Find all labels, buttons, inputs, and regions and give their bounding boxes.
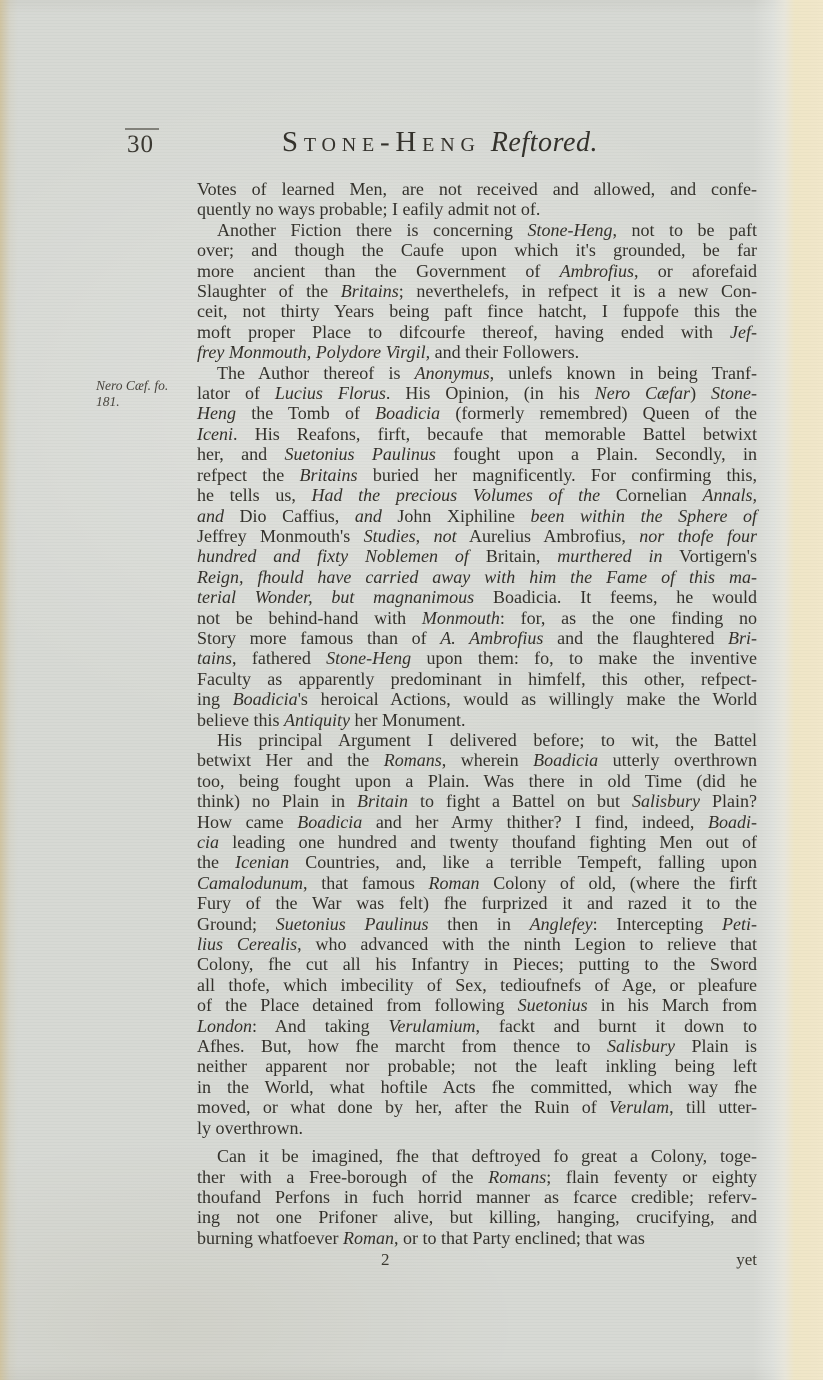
text-segment: ; flain feventy or eighty — [546, 1167, 757, 1187]
italic-text-segment: murthered in — [557, 546, 662, 566]
running-head-title: Stone-Heng — [282, 126, 481, 158]
text-segment: How came — [197, 812, 297, 832]
text-segment: Countries, and, like a terrible Tempeft,… — [289, 852, 757, 872]
catchword: yet — [736, 1250, 757, 1270]
text-segment: leading one hundred and twenty thoufand … — [219, 832, 757, 852]
italic-text-segment: Heng — [197, 403, 236, 423]
text-line: moft proper Place to difcourfe thereof, … — [197, 322, 757, 342]
text-segment: and her Army thither? I find, indeed, — [362, 812, 708, 832]
text-segment: lator of — [197, 383, 275, 403]
text-segment: Can it be imagined, fhe that deftroyed f… — [217, 1146, 757, 1166]
text-segment: Another Fiction there is concerning — [217, 220, 527, 240]
text-segment: over; and though the Caufe upon which it… — [197, 240, 757, 260]
text-segment: her, and — [197, 444, 285, 464]
text-line: her, and Suetonius Paulinus fought upon … — [197, 444, 757, 464]
text-segment: John Xiphiline — [382, 506, 531, 526]
book-page-scan: 30 Stone-HengReftored. Nero Cæf. fo. 181… — [0, 0, 823, 1380]
text-segment: moft proper Place to difcourfe thereof, … — [197, 322, 730, 342]
italic-text-segment: Stone-Heng — [527, 220, 612, 240]
text-segment: to fight a Battel on but — [408, 791, 632, 811]
signature-mark: 2 — [381, 1250, 390, 1270]
text-line: moved, or what done by her, after the Ru… — [197, 1097, 757, 1117]
text-segment: too, being fought upon a Plain. Was ther… — [197, 771, 757, 791]
footer-line: 2 yet — [197, 1250, 757, 1271]
italic-text-segment: A. Ambrofius — [440, 628, 543, 648]
text-line: The Author thereof is Anonymus, unlefs k… — [197, 363, 757, 383]
italic-text-segment: Boadi- — [708, 812, 757, 832]
italic-text-segment: Salisbury — [632, 791, 700, 811]
text-segment: fought upon a Plain. Secondly, in — [436, 444, 757, 464]
text-line: all thofe, which imbecility of Sex, tedi… — [197, 975, 757, 995]
italic-text-segment: frey Monmouth, Polydore Virgil, — [197, 342, 430, 362]
paragraph: The Author thereof is Anonymus, unlefs k… — [197, 363, 757, 730]
italic-text-segment: Iceni — [197, 424, 233, 444]
italic-text-segment: Ambrofius — [560, 261, 634, 281]
text-segment: her Monument. — [350, 710, 465, 730]
text-segment: Ground; — [197, 914, 276, 934]
text-line: over; and though the Caufe upon which it… — [197, 240, 757, 260]
italic-text-segment: Peti- — [722, 914, 757, 934]
italic-text-segment: Suetonius Paulinus — [285, 444, 436, 464]
italic-text-segment: terial Wonder, but magnanimous — [197, 587, 474, 607]
text-line: in the World, what hoftile Acts fhe comm… — [197, 1077, 757, 1097]
page-number: 30 — [127, 131, 154, 159]
italic-text-segment: Boadicia — [233, 689, 298, 709]
text-line: Votes of learned Men, are not received a… — [197, 179, 757, 199]
italic-text-segment: Romans — [488, 1167, 546, 1187]
text-segment: . His Reafons, firft, becaufe that memor… — [233, 424, 757, 444]
text-segment: Plain? — [700, 791, 757, 811]
italic-text-segment: Annals, — [703, 485, 758, 505]
italic-text-segment: Icenian — [235, 852, 289, 872]
italic-text-segment: tains — [197, 648, 232, 668]
italic-text-segment: Boadicia — [297, 812, 362, 832]
text-line: Heng the Tomb of Boadicia (formerly reme… — [197, 403, 757, 423]
text-line: hundred and fixty Noblemen of Britain, m… — [197, 546, 757, 566]
text-segment: , or to that Party enclined; that was — [394, 1228, 645, 1248]
italic-text-segment: Monmouth — [422, 608, 500, 628]
text-line: refpect the Britains buried her magnific… — [197, 465, 757, 485]
text-segment: ther with a Free-borough of the — [197, 1167, 488, 1187]
text-segment: the — [197, 852, 235, 872]
text-line: How came Boadicia and her Army thither? … — [197, 812, 757, 832]
text-segment: ; neverthelefs, in refpect it is a new C… — [399, 281, 757, 301]
text-segment: Aurelius Ambrofius, — [457, 526, 640, 546]
italic-text-segment: London — [197, 1016, 252, 1036]
text-segment: , unlefs known in being Tranf- — [490, 363, 757, 383]
text-line: cia leading one hundred and twenty thouf… — [197, 832, 757, 852]
margin-note: Nero Cæf. fo. 181. — [96, 378, 192, 410]
text-segment: 's heroical Actions, would as willingly … — [298, 689, 757, 709]
text-line: Slaughter of the Britains; neverthelefs,… — [197, 281, 757, 301]
text-line: ther with a Free-borough of the Romans; … — [197, 1167, 757, 1187]
text-segment: , — [416, 526, 434, 546]
paragraph: Another Fiction there is concerning Ston… — [197, 220, 757, 363]
italic-text-segment: Stone-Heng — [326, 648, 411, 668]
italic-text-segment: Boadicia — [533, 750, 598, 770]
text-line: London: And taking Verulamium, fackt and… — [197, 1016, 757, 1036]
italic-text-segment: Roman — [429, 873, 480, 893]
text-segment: Afhes. But, how fhe marcht from thence t… — [197, 1036, 607, 1056]
text-line: Colony, fhe cut all his Infantry in Piec… — [197, 954, 757, 974]
text-segment: Cornelian — [600, 485, 702, 505]
text-segment: : Intercepting — [593, 914, 722, 934]
text-line: thoufand Perfons in fuch horrid manner a… — [197, 1187, 757, 1207]
italic-text-segment: Suetonius — [518, 995, 588, 1015]
text-segment: more ancient than the Government of — [197, 261, 560, 281]
text-segment: : for, as the one finding no — [500, 608, 757, 628]
text-segment: in his March from — [588, 995, 757, 1015]
text-segment: , till utter- — [669, 1097, 757, 1117]
text-segment: the Tomb of — [236, 403, 375, 423]
text-segment: he tells us, — [197, 485, 312, 505]
text-line: the Icenian Countries, and, like a terri… — [197, 852, 757, 872]
text-line: Afhes. But, how fhe marcht from thence t… — [197, 1036, 757, 1056]
italic-text-segment: not — [434, 526, 457, 546]
text-line: Jeffrey Monmouth's Studies, not Aurelius… — [197, 526, 757, 546]
italic-text-segment: Anonymus — [415, 363, 490, 383]
text-segment: ing not one Prifoner alive, but killing,… — [197, 1207, 757, 1227]
text-segment: Boadicia. It feems, he would — [474, 587, 757, 607]
italic-text-segment: lius Cerealis — [197, 934, 297, 954]
text-segment: upon them: fo, to make the inventive — [411, 648, 757, 668]
italic-text-segment: hundred and fixty Noblemen of — [197, 546, 469, 566]
text-line: frey Monmouth, Polydore Virgil, and thei… — [197, 342, 757, 362]
text-segment: believe this — [197, 710, 284, 730]
text-segment: and their Followers. — [430, 342, 579, 362]
text-line: betwixt Her and the Romans, wherein Boad… — [197, 750, 757, 770]
text-segment: think) no Plain in — [197, 791, 357, 811]
italic-text-segment: Anglefey — [530, 914, 593, 934]
text-line: ing not one Prifoner alive, but killing,… — [197, 1207, 757, 1227]
italic-text-segment: Nero Cæfar — [595, 383, 690, 403]
text-segment: refpect the — [197, 465, 300, 485]
paragraph: Can it be imagined, fhe that deftroyed f… — [197, 1146, 757, 1248]
running-head: Stone-HengReftored. — [160, 126, 720, 159]
text-line: not be behind-hand with Monmouth: for, a… — [197, 608, 757, 628]
text-line: neither apparent nor probable; not the l… — [197, 1056, 757, 1076]
text-line: and Dio Caffius, and John Xiphiline been… — [197, 506, 757, 526]
text-line: Iceni. His Reafons, firft, becaufe that … — [197, 424, 757, 444]
margin-note-line1: Nero Cæf. fo. — [96, 378, 192, 394]
text-line: quently no ways probable; I eafily admit… — [197, 199, 757, 219]
text-segment: ) — [690, 383, 711, 403]
italic-text-segment: Verulamium — [389, 1016, 476, 1036]
text-segment: ing — [197, 689, 233, 709]
text-segment: Plain is — [675, 1036, 757, 1056]
italic-text-segment: cia — [197, 832, 219, 852]
italic-text-segment: Britains — [300, 465, 358, 485]
italic-text-segment: and — [197, 506, 224, 526]
text-line: too, being fought upon a Plain. Was ther… — [197, 771, 757, 791]
text-line: Reign, fhould have carried away with him… — [197, 567, 757, 587]
text-line: Camalodunum, that famous Roman Colony of… — [197, 873, 757, 893]
text-segment: Colony, fhe cut all his Infantry in Piec… — [197, 954, 757, 974]
italic-text-segment: Salisbury — [607, 1036, 675, 1056]
text-line: Faculty as apparently predominant in him… — [197, 669, 757, 689]
text-segment: Story more famous than of — [197, 628, 440, 648]
text-line: believe this Antiquity her Monument. — [197, 710, 757, 730]
text-segment: Dio Caffius, — [224, 506, 355, 526]
text-segment: of the Place detained from following — [197, 995, 518, 1015]
text-line: of the Place detained from following Sue… — [197, 995, 757, 1015]
text-segment: utterly overthrown — [598, 750, 757, 770]
text-segment: not be behind-hand with — [197, 608, 422, 628]
text-segment: ly overthrown. — [197, 1118, 303, 1138]
italic-text-segment: nor thofe four — [639, 526, 757, 546]
italic-text-segment: Reign, fhould have carried away with him… — [197, 567, 757, 587]
italic-text-segment: Britains — [341, 281, 399, 301]
text-segment: , not to be paft — [612, 220, 757, 240]
italic-text-segment: Romans — [384, 750, 442, 770]
text-line: ing Boadicia's heroical Actions, would a… — [197, 689, 757, 709]
text-line: Can it be imagined, fhe that deftroyed f… — [197, 1146, 757, 1166]
text-segment: : And taking — [252, 1016, 389, 1036]
text-segment: His principal Argument I delivered befor… — [217, 730, 757, 750]
italic-text-segment: been within the Sphere of — [531, 506, 758, 526]
text-line: Another Fiction there is concerning Ston… — [197, 220, 757, 240]
text-segment: Jeffrey Monmouth's — [197, 526, 364, 546]
italic-text-segment: Jef- — [730, 322, 757, 342]
text-segment: burning whatfoever — [197, 1228, 343, 1248]
text-segment: neither apparent nor probable; not the l… — [197, 1056, 757, 1076]
text-segment: quently no ways probable; I eafily admit… — [197, 199, 540, 219]
text-segment: Colony of old, (where the firft — [480, 873, 757, 893]
text-line: ceit, not thirty Years being paft fince … — [197, 301, 757, 321]
paragraph: His principal Argument I delivered befor… — [197, 730, 757, 1138]
text-line: he tells us, Had the precious Volumes of… — [197, 485, 757, 505]
text-line: tains, fathered Stone-Heng upon them: fo… — [197, 648, 757, 668]
text-segment: , wherein — [442, 750, 533, 770]
text-segment: Slaughter of the — [197, 281, 341, 301]
text-segment: The Author thereof is — [217, 363, 415, 383]
italic-text-segment: Suetonius Paulinus — [276, 914, 429, 934]
text-line: lator of Lucius Florus. His Opinion, (in… — [197, 383, 757, 403]
text-segment: Fury of the War was felt) fhe furprized … — [197, 893, 757, 913]
text-segment: . His Opinion, (in his — [386, 383, 595, 403]
italic-text-segment: Had the precious Volumes of the — [312, 485, 601, 505]
italic-text-segment: Camalodunum — [197, 873, 303, 893]
text-segment: Votes of learned Men, are not received a… — [197, 179, 757, 199]
italic-text-segment: and — [355, 506, 382, 526]
text-segment: and the flaughtered — [543, 628, 728, 648]
running-head-subtitle: Reftored. — [491, 127, 598, 158]
italic-text-segment: Verulam — [609, 1097, 669, 1117]
text-segment: , fackt and burnt it down to — [476, 1016, 757, 1036]
italic-text-segment: Stone- — [711, 383, 757, 403]
text-segment: in the World, what hoftile Acts fhe comm… — [197, 1077, 757, 1097]
paragraph: Votes of learned Men, are not received a… — [197, 179, 757, 220]
italic-text-segment: Britain — [357, 791, 408, 811]
text-segment: ceit, not thirty Years being paft fince … — [197, 301, 757, 321]
italic-text-segment: Boadicia — [375, 403, 440, 423]
text-line: Ground; Suetonius Paulinus then in Angle… — [197, 914, 757, 934]
text-segment: , or aforefaid — [634, 261, 757, 281]
text-segment: (formerly remembred) Queen of the — [440, 403, 757, 423]
text-segment: betwixt Her and the — [197, 750, 384, 770]
text-line: ly overthrown. — [197, 1118, 757, 1138]
text-segment: buried her magnificently. For confirming… — [358, 465, 757, 485]
text-segment: , fathered — [232, 648, 326, 668]
italic-text-segment: Antiquity — [284, 710, 350, 730]
text-segment: all thofe, which imbecility of Sex, tedi… — [197, 975, 757, 995]
text-segment: then in — [428, 914, 529, 934]
text-line: lius Cerealis, who advanced with the nin… — [197, 934, 757, 954]
text-segment: Vortigern's — [662, 546, 757, 566]
text-segment: moved, or what done by her, after the Ru… — [197, 1097, 609, 1117]
text-line: think) no Plain in Britain to fight a Ba… — [197, 791, 757, 811]
text-line: Fury of the War was felt) fhe furprized … — [197, 893, 757, 913]
text-line: burning whatfoever Roman, or to that Par… — [197, 1228, 757, 1248]
italic-text-segment: Studies — [364, 526, 416, 546]
text-line: terial Wonder, but magnanimous Boadicia.… — [197, 587, 757, 607]
text-segment: Britain, — [469, 546, 557, 566]
text-line: more ancient than the Government of Ambr… — [197, 261, 757, 281]
italic-text-segment: Lucius Florus — [275, 383, 386, 403]
text-segment: thoufand Perfons in fuch horrid manner a… — [197, 1187, 757, 1207]
text-segment: , who advanced with the ninth Legion to … — [297, 934, 757, 954]
margin-note-line2: 181. — [96, 394, 192, 410]
italic-text-segment: Roman — [343, 1228, 394, 1248]
text-column: Votes of learned Men, are not received a… — [197, 179, 757, 1271]
text-segment: Faculty as apparently predominant in him… — [197, 669, 757, 689]
italic-text-segment: Bri- — [728, 628, 757, 648]
text-segment: , that famous — [303, 873, 429, 893]
text-line: Story more famous than of A. Ambrofius a… — [197, 628, 757, 648]
text-line: His principal Argument I delivered befor… — [197, 730, 757, 750]
